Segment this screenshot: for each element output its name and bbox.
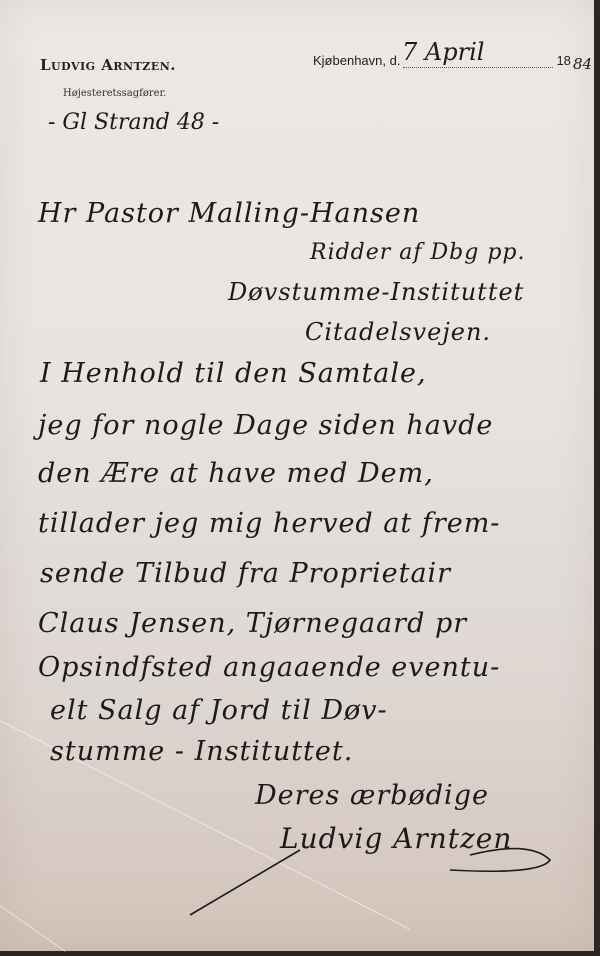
body-line: Opsindfsted angaaende eventu-: [38, 652, 500, 683]
addressee-line: Hr Pastor Malling-Hansen: [38, 198, 420, 229]
body-line: elt Salg af Jord til Døv-: [50, 695, 388, 726]
body-line: stumme - Instituttet.: [50, 736, 353, 767]
signature-flourish-icon: [180, 820, 560, 920]
addressee-line: Døvstumme-Instituttet: [228, 278, 524, 306]
body-line: den Ære at have med Dem,: [38, 458, 434, 489]
body-line: I Henhold til den Samtale,: [40, 358, 427, 389]
letter-paper: Ludvig Arntzen. Højesteretssagfører. Kjø…: [0, 0, 594, 951]
body-line: Claus Jensen, Tjørnegaard pr: [38, 608, 467, 639]
place-prefix: Kjøbenhavn, d.: [313, 53, 400, 68]
handwritten-address: - Gl Strand 48 -: [48, 110, 219, 135]
addressee-line: Citadelsvejen.: [305, 318, 491, 346]
addressee-line: Ridder af Dbg pp.: [310, 240, 526, 265]
year-printed: 18: [556, 53, 570, 68]
body-line: sende Tilbud fra Proprietair: [40, 558, 451, 589]
fold-crease: [0, 905, 66, 952]
handwritten-date: 7 April: [402, 38, 484, 66]
letterhead-name: Ludvig Arntzen.: [40, 56, 176, 74]
handwritten-year: 84: [573, 55, 592, 73]
letterhead-title: Højesteretssagfører.: [63, 88, 166, 99]
closing-salutation: Deres ærbødige: [255, 780, 489, 811]
body-line: tillader jeg mig herved at frem-: [38, 508, 500, 539]
body-line: jeg for nogle Dage siden havde: [38, 410, 493, 441]
